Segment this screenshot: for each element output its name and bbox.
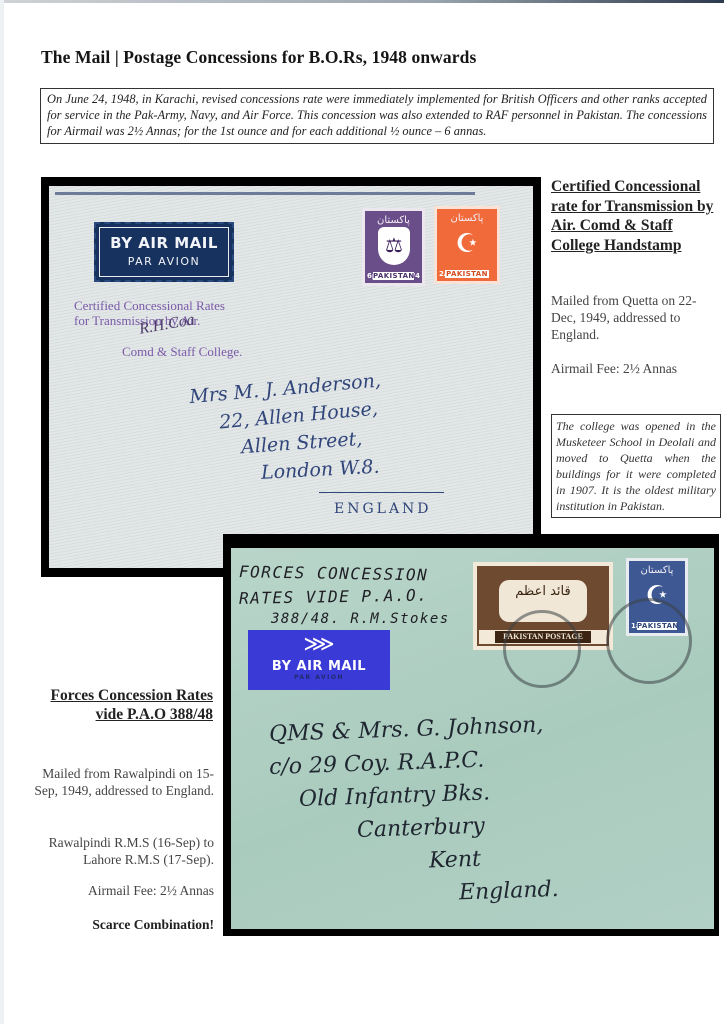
airmail-label-line1: BY AIR MAIL — [100, 228, 228, 252]
page-title: The Mail | Postage Concessions for B.O.R… — [41, 47, 476, 68]
forces-concession-endorsement: FORCES CONCESSION RATES VIDE P.A.O. 388/… — [239, 562, 450, 631]
cover1-fee: Airmail Fee: 2½ Annas — [551, 360, 721, 377]
wing-icon: ⋙ — [248, 630, 390, 660]
postmark — [503, 610, 581, 688]
cover2-envelope: FORCES CONCESSION RATES VIDE P.A.O. 388/… — [231, 548, 714, 929]
stamp-urdu-text: پاکستان — [629, 565, 685, 576]
postmark — [606, 598, 692, 684]
intro-text-box: On June 24, 1948, in Karachi, revised co… — [40, 88, 714, 144]
page-top-edge — [0, 0, 724, 3]
airmail-label: ⋙ BY AIR MAIL PAR AVION — [248, 630, 390, 690]
endorsement-line3: 388/48. R.M.Stokes — [239, 608, 450, 631]
cover1-mailed-info: Mailed from Quetta on 22-Dec, 1949, addr… — [551, 292, 721, 343]
stamp-country: PAKISTAN — [445, 270, 489, 278]
endorsement-line2: RATES VIDE P.A.O. — [239, 583, 450, 610]
cover2-heading: Forces Concession Rates vide P.A.O 388/4… — [30, 686, 213, 724]
address-country: ENGLAND — [189, 501, 432, 517]
cover2-fee: Airmail Fee: 2½ Annas — [30, 882, 214, 899]
stamp-urdu-text: پاکستان — [365, 215, 422, 226]
cachet-line1: Certified Concessional Rates — [74, 298, 242, 313]
airmail-label-line2: PAR AVION — [248, 674, 390, 681]
cover2-mailed-info: Mailed from Rawalpindi on 15-Sep, 1949, … — [30, 765, 214, 799]
scarce-remark: Scarce Combination! — [30, 916, 214, 933]
cover1-address: Mrs M. J. Anderson, 22, Allen House, All… — [189, 372, 444, 521]
stamp-scales-of-justice: پاکستان ⚖ 6ps 3/4 PAKISTAN — [362, 208, 425, 286]
cover1-heading: Certified Concessional rate for Transmis… — [551, 177, 721, 255]
airmail-label: BY AIR MAIL PAR AVION — [94, 222, 234, 282]
page-left-edge — [0, 0, 4, 1024]
scales-of-justice-icon: ⚖ — [378, 227, 410, 265]
airmail-label-line2: PAR AVION — [100, 252, 228, 268]
crescent-star-icon: ☪ — [455, 229, 478, 259]
stamp-crescent-star: پاکستان ☪ 2As PAKISTAN — [434, 206, 500, 284]
cover2-route-info: Rawalpindi R.M.S (16-Sep) to Lahore R.M.… — [30, 834, 214, 868]
cover2-address: QMS & Mrs. G. Johnson, c/o 29 Coy. R.A.P… — [269, 713, 559, 911]
airmail-label-line1: BY AIR MAIL — [248, 660, 390, 674]
cover1-envelope: BY AIR MAIL PAR AVION پاکستان ⚖ 6ps 3/4 … — [49, 186, 533, 568]
envelope-flap-edge — [55, 192, 475, 195]
stamp-country: PAKISTAN — [373, 272, 414, 280]
address-underline — [319, 492, 444, 493]
college-history-box: The college was opened in the Musketeer … — [551, 414, 721, 518]
stamp-urdu-text: پاکستان — [437, 213, 497, 224]
